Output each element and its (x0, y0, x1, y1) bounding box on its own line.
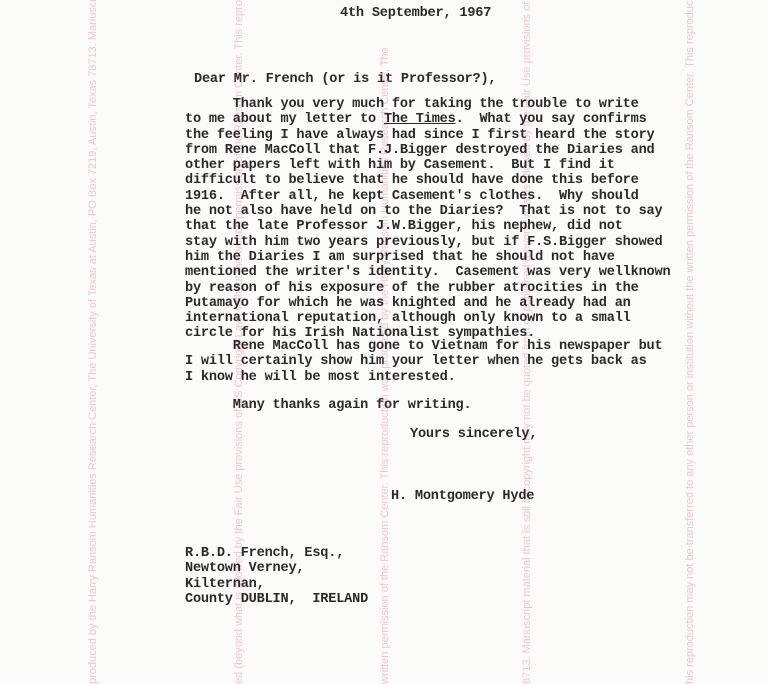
watermark-strip: produced by the Harry Ransom Humanities … (86, 0, 100, 684)
body-paragraph-1: Thank you very much for taking the troub… (185, 97, 670, 342)
body-paragraph-3: Many thanks again for writing. (185, 398, 471, 413)
body-paragraph-2: Rene MacColl has gone to Vietnam for his… (185, 339, 662, 385)
letter-date: 4th September, 1967 (340, 6, 491, 21)
closing: Yours sincerely, (410, 427, 537, 442)
newspaper-title: The Times (384, 112, 456, 127)
recipient-address: R.B.D. French, Esq., Newtown Verney, Kil… (185, 546, 368, 607)
watermark-strip: his reproduction may not be transferred … (683, 0, 697, 684)
signature: H. Montgomery Hyde (391, 489, 534, 504)
salutation: Dear Mr. French (or is it Professor?), (194, 72, 496, 87)
scanned-letter-page: produced by the Harry Ransom Humanities … (0, 0, 768, 684)
